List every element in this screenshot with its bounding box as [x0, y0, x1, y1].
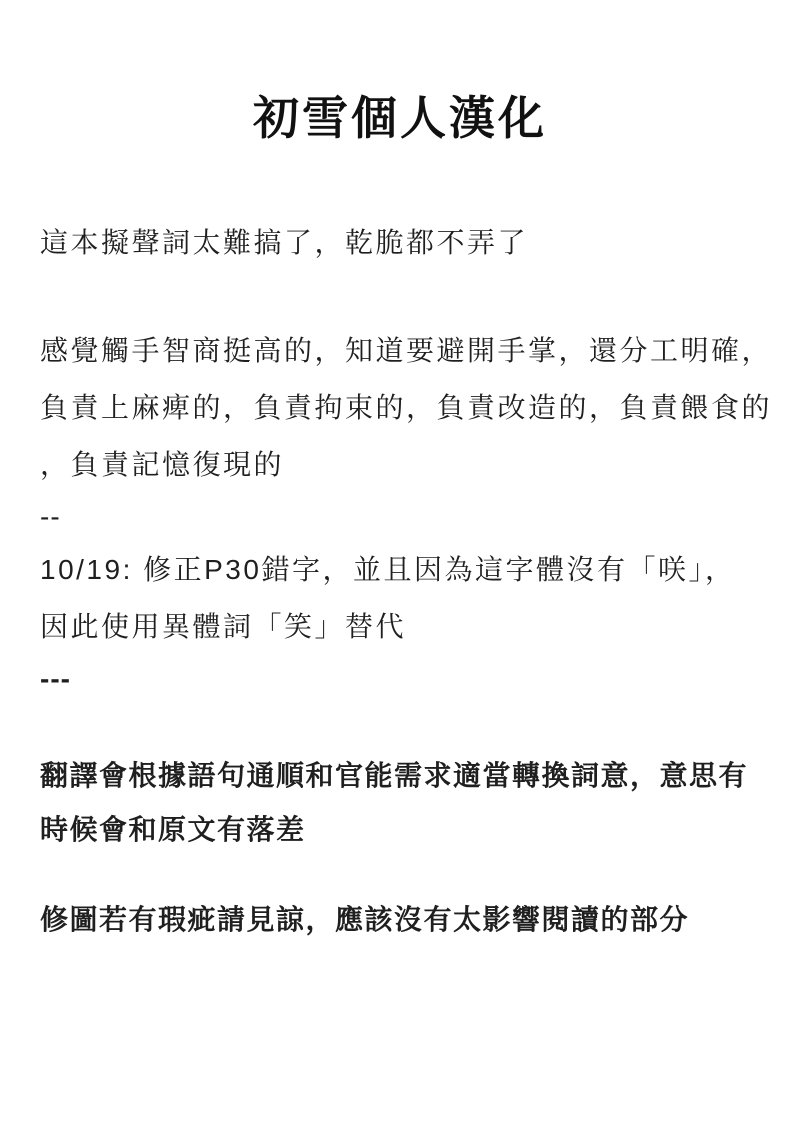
paragraph: 修圖若有瑕疵請見諒，應該沒有太影響閱讀的部分	[40, 893, 760, 947]
text-line: 時候會和原文有落差	[40, 803, 760, 857]
text-line: --	[40, 493, 760, 541]
page-title: 初雪個人漢化	[0, 92, 800, 144]
paragraph: 10/19: 修正P30錯字，並且因為這字體沒有「咲」，因此使用異體詞「笑」替代	[40, 541, 760, 655]
separator-line: ---	[40, 655, 760, 703]
text-line: 感覺觸手智商挺高的，知道要避開手掌，還分工明確，	[40, 322, 760, 379]
document-body: 這本擬聲詞太難搞了，乾脆都不弄了感覺觸手智商挺高的，知道要避開手掌，還分工明確，…	[0, 214, 800, 947]
text-line: 10/19: 修正P30錯字，並且因為這字體沒有「咲」，	[40, 541, 760, 598]
text-line: 因此使用異體詞「笑」替代	[40, 598, 760, 655]
text-line: 翻譯會根據語句通順和官能需求適當轉換詞意，意思有	[40, 749, 760, 803]
paragraph: 這本擬聲詞太難搞了，乾脆都不弄了	[40, 214, 760, 271]
text-line: 修圖若有瑕疵請見諒，應該沒有太影響閱讀的部分	[40, 893, 760, 947]
paragraph: 翻譯會根據語句通順和官能需求適當轉換詞意，意思有時候會和原文有落差	[40, 749, 760, 857]
document-page: 初雪個人漢化 這本擬聲詞太難搞了，乾脆都不弄了感覺觸手智商挺高的，知道要避開手掌…	[0, 0, 800, 1141]
text-line: ---	[40, 655, 760, 703]
paragraph: 感覺觸手智商挺高的，知道要避開手掌，還分工明確，負責上麻痺的，負責拘束的，負責改…	[40, 322, 760, 493]
text-line: 負責上麻痺的，負責拘束的，負責改造的，負責餵食的	[40, 379, 760, 436]
text-line: 這本擬聲詞太難搞了，乾脆都不弄了	[40, 214, 760, 271]
text-line: ，負責記憶復現的	[40, 436, 760, 493]
separator-line: --	[40, 493, 760, 541]
